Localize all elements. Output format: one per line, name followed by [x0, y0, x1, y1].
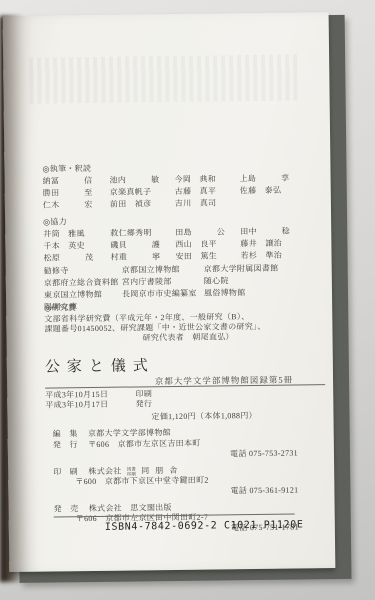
credits-row: 仁木 宏 前田 禎彦 吉川 真司 — [43, 196, 323, 211]
contributor-name: 仁木 宏 — [43, 199, 110, 212]
institution-name: 勧修寺 — [44, 265, 122, 278]
institution-name: 風俗博物館 — [204, 286, 324, 299]
institution-name: 東京国立博物館 — [44, 289, 122, 302]
contributor-name: 井筒 雅風 — [43, 228, 110, 241]
contributor-name: 田中 稔 — [240, 225, 323, 238]
contributor-name: 今岡 典和 — [175, 173, 240, 186]
printer-label: 印 刷 — [53, 466, 78, 477]
grant-representative: 研究代表者 朝尾直弘） — [142, 331, 324, 343]
contributor-name: 吉川 真司 — [175, 197, 240, 210]
contributor-name: 藤井 譲治 — [240, 237, 323, 250]
cooperation-section: ◎協力 井筒 雅風 救仁郷秀明 田島 公 田中 稔 千本 英史 磯貝 護 西山 … — [43, 213, 324, 313]
institution-name: 長岡京市市史編纂室 — [122, 288, 204, 301]
published-label: 発行 — [136, 399, 153, 408]
printer-name: 同朋舎 — [141, 466, 183, 476]
published-date-row: 平成3年10月17日 発行 — [45, 397, 325, 410]
research-grant-section: ◎研究費 文部省科学研究費（平成元年・2年度、一般研究（B）、 課題番号0145… — [44, 299, 324, 344]
institution-name: 宮内庁書陵部 — [122, 276, 204, 289]
contributor-name: 磯貝 護 — [110, 239, 175, 252]
published-date: 平成3年10月17日 — [45, 399, 133, 410]
contributor-name: 千本 英史 — [43, 240, 110, 253]
contributor-name: 前田 禎彦 — [110, 198, 175, 211]
price: 定価1,120円（本体1,088円） — [151, 409, 325, 422]
book-photo: ◎執筆・釈読 納冨 信 池内 敏 今岡 典和 上島 享 勝田 至 京楽真帆子 古… — [0, 0, 375, 600]
editor-value: 京都大学文学部博物館 — [88, 428, 171, 438]
contributor-name: 池内 敏 — [110, 174, 175, 187]
printer-small-text: 図書 印刷 — [127, 467, 136, 477]
contributor-name: 古藤 真平 — [175, 185, 240, 198]
printer-prefix: 株式会社 — [88, 467, 121, 476]
institution-name: 京都国立博物館 — [122, 264, 204, 277]
colophon-page: ◎執筆・釈読 納冨 信 池内 敏 今岡 典和 上島 享 勝田 至 京楽真帆子 古… — [3, 12, 336, 572]
institution-name: 京都府立総合資料館 — [44, 277, 122, 290]
contributor-name: 西山 良平 — [175, 238, 240, 251]
contributor-name: 納冨 信 — [43, 175, 110, 188]
contributor-name: 上島 享 — [240, 172, 323, 185]
isbn-code: ISBN4-7842-0692-2 C1021 P1120E — [105, 519, 304, 533]
book: ◎執筆・釈読 納冨 信 池内 敏 今岡 典和 上島 享 勝田 至 京楽真帆子 古… — [3, 12, 344, 576]
contributor-name: 救仁郷秀明 — [110, 227, 175, 240]
publisher-label: 発 行 — [53, 439, 78, 450]
contributor-name: 安田 篤生 — [175, 250, 240, 263]
contributor-name: 村重 寧 — [110, 251, 175, 264]
seller-label: 発 売 — [54, 503, 79, 514]
contributor-name: 佐藤 泰弘 — [240, 184, 323, 197]
publisher-address: 〒606 京都市左京区吉田本町 — [88, 439, 201, 449]
contributor-name: 京楽真帆子 — [110, 186, 175, 199]
contributor-name: 田島 公 — [175, 226, 240, 239]
contributor-name: 勝田 至 — [43, 187, 110, 200]
printed-label: 印刷 — [135, 389, 152, 398]
editor-label: 編 集 — [53, 428, 78, 439]
contributor-name: 松原 茂 — [43, 252, 110, 265]
credits-section: ◎執筆・釈読 納冨 信 池内 敏 今岡 典和 上島 享 勝田 至 京楽真帆子 古… — [42, 160, 323, 211]
seller-company: 株式会社 思文閣出版 — [89, 503, 172, 513]
show-through-ghost — [29, 54, 298, 103]
contributor-name: 若杉 準治 — [240, 249, 323, 262]
